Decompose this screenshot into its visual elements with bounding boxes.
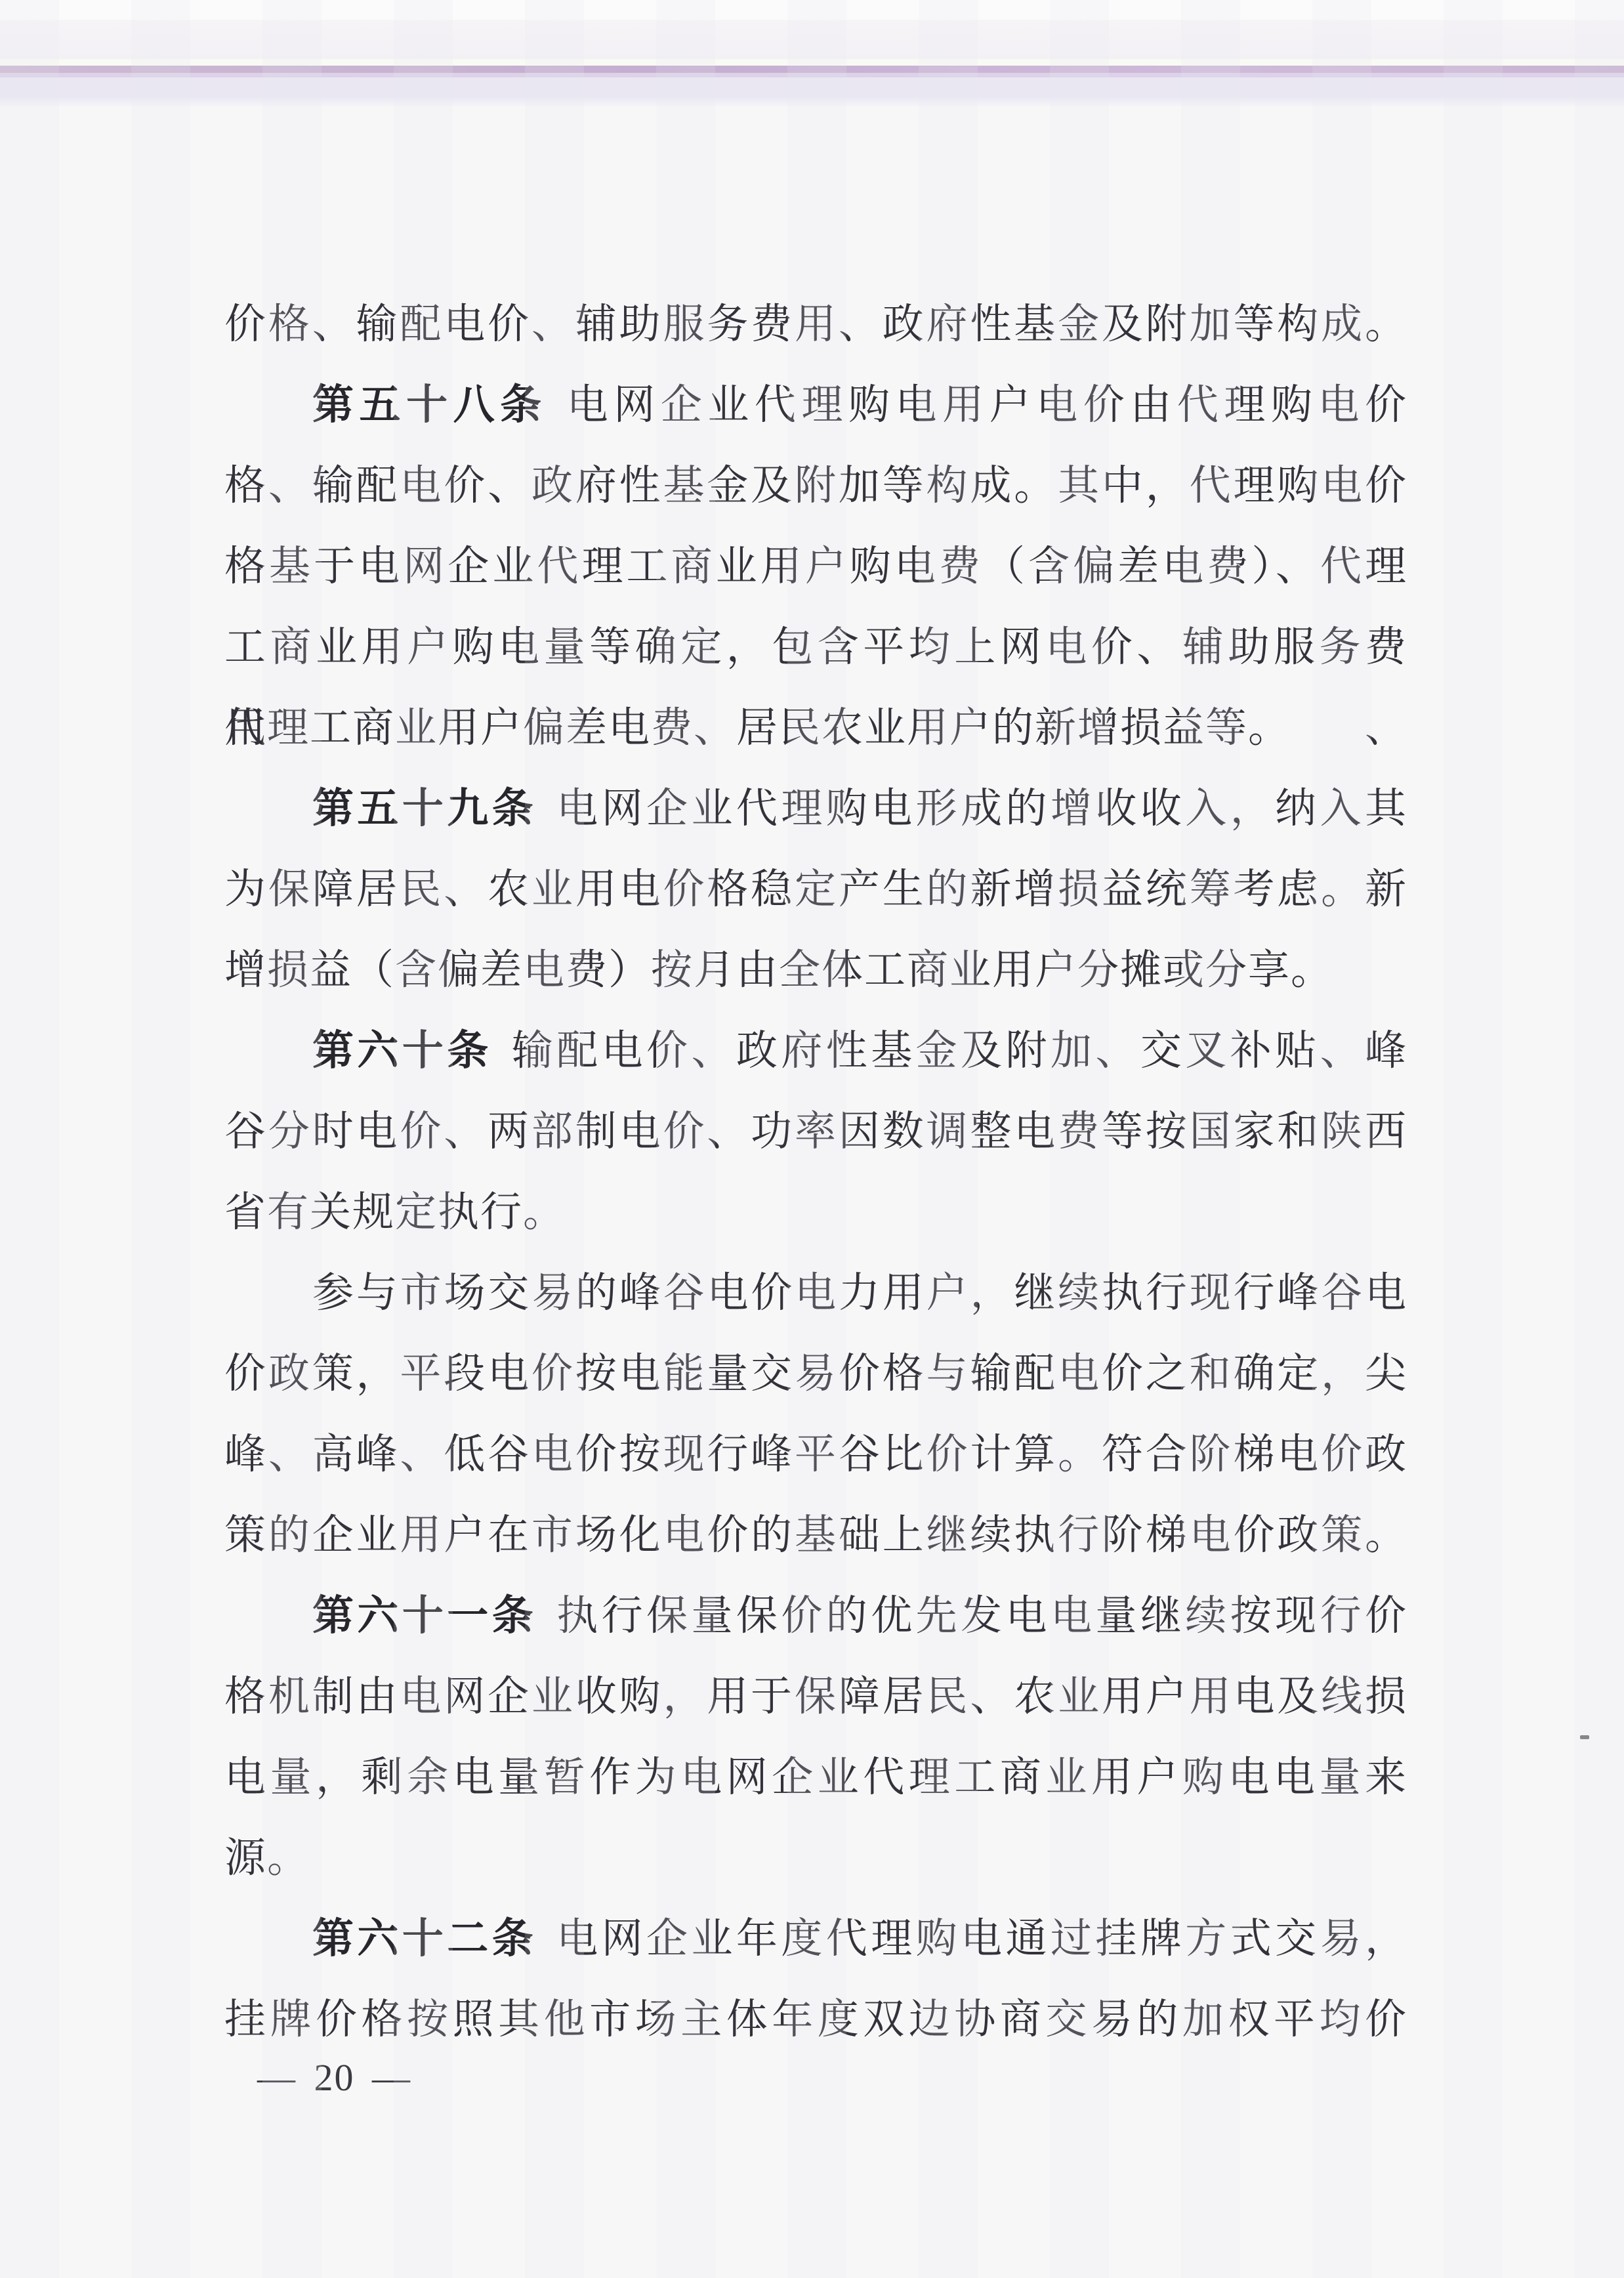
line-text: 执行保量保价的优先发电电量继续按现行价 (556, 1593, 1407, 1639)
text-line-21: 第六十二条电网企业年度代理购电通过挂牌方式交易， (224, 1899, 1407, 1979)
line-text: 输配电价、政府性基金及附加、交叉补贴、峰 (512, 1028, 1407, 1074)
line-text: 价政策，平段电价按电能量交易价格与输配电价之和确定，尖 (224, 1351, 1407, 1397)
line-text: 格机制由电网企业收购，用于保障居民、农业用户用电及线损 (224, 1674, 1407, 1719)
line-text: 增损益（含偏差电费）按月由全体工商业用户分摊或分享。 (224, 947, 1333, 993)
line-text: 电量，剩余电量暂作为电网企业代理工商业用户购电电量来 (224, 1754, 1407, 1800)
text-line-6: 代理工商业用户偏差电费、居民农业用户的新增损益等。 (224, 688, 1407, 769)
text-line-20: 源。 (224, 1818, 1407, 1899)
line-text: 策的企业用户在市场化电价的基础上继续执行阶梯电价政策。 (224, 1512, 1407, 1558)
line-text: 电网企业年度代理购电通过挂牌方式交易， (556, 1916, 1407, 1962)
text-line-22: 挂牌价格按照其他市场主体年度双边协商交易的加权平均价 (224, 1979, 1407, 2060)
scan-speck (1580, 1735, 1589, 1739)
line-text: 参与市场交易的峰谷电价电力用户，继续执行现行峰谷电 (312, 1270, 1407, 1316)
page-number: — 20 — (257, 2058, 411, 2098)
text-line-5: 工商业用户购电量等确定，包含平均上网电价、辅助服务费用、 (224, 607, 1407, 688)
line-text: 格、输配电价、政府性基金及附加等构成。其中，代理购电价 (224, 463, 1407, 509)
text-line-10: 第六十条输配电价、政府性基金及附加、交叉补贴、峰 (224, 1011, 1407, 1091)
text-line-3: 格、输配电价、政府性基金及附加等构成。其中，代理购电价 (224, 446, 1407, 526)
text-line-11: 谷分时电价、两部制电价、功率因数调整电费等按国家和陕西 (224, 1091, 1407, 1172)
scan-artifact-band-pink (0, 20, 1624, 59)
line-text: 电网企业代理购电形成的增收收入，纳入其 (556, 786, 1407, 832)
scan-artifact-band-light (0, 59, 1624, 66)
text-line-13: 参与市场交易的峰谷电价电力用户，继续执行现行峰谷电 (224, 1253, 1407, 1334)
line-text: 谷分时电价、两部制电价、功率因数调整电费等按国家和陕西 (224, 1108, 1407, 1154)
text-line-8: 为保障居民、农业用电价格稳定产生的新增损益统筹考虑。新 (224, 849, 1407, 930)
line-text: 省有关规定执行。 (224, 1189, 566, 1235)
article-heading-58: 第五十八条 (312, 382, 547, 428)
line-text: 代理工商业用户偏差电费、居民农业用户的新增损益等。 (224, 705, 1291, 751)
scan-artifact-band-fade (0, 97, 1624, 108)
body-text: 价格、输配电价、辅助服务费用、政府性基金及附加等构成。 第五十八条电网企业代理购… (224, 284, 1407, 2060)
line-text: 电网企业代理购电用户电价由代理购电价 (567, 382, 1407, 428)
scan-artifact-purple-line-2 (0, 73, 1624, 77)
text-line-16: 策的企业用户在市场化电价的基础上继续执行阶梯电价政策。 (224, 1495, 1407, 1576)
text-line-7: 第五十九条电网企业代理购电形成的增收收入，纳入其 (224, 769, 1407, 849)
article-heading-62: 第六十二条 (312, 1916, 537, 1962)
line-text: 峰、高峰、低谷电价按现行峰平谷比价计算。符合阶梯电价政 (224, 1431, 1407, 1477)
scan-artifact-band-lavender (0, 77, 1624, 97)
text-line-18: 格机制由电网企业收购，用于保障居民、农业用户用电及线损 (224, 1656, 1407, 1737)
article-heading-60: 第六十条 (312, 1028, 492, 1074)
text-line-9: 增损益（含偏差电费）按月由全体工商业用户分摊或分享。 (224, 930, 1407, 1011)
text-line-2: 第五十八条电网企业代理购电用户电价由代理购电价 (224, 365, 1407, 446)
line-text: 源。 (224, 1835, 310, 1881)
scan-artifact-purple-line (0, 66, 1624, 73)
line-text: 格基于电网企业代理工商业用户购电费（含偏差电费）、代理 (224, 543, 1407, 589)
line-text: 为保障居民、农业用电价格稳定产生的新增损益统筹考虑。新 (224, 866, 1407, 912)
text-line-4: 格基于电网企业代理工商业用户购电费（含偏差电费）、代理 (224, 526, 1407, 607)
line-text: 价格、输配电价、辅助服务费用、政府性基金及附加等构成。 (224, 301, 1407, 347)
article-heading-59: 第五十九条 (312, 786, 537, 832)
text-line-1: 价格、输配电价、辅助服务费用、政府性基金及附加等构成。 (224, 284, 1407, 365)
text-line-17: 第六十一条执行保量保价的优先发电电量继续按现行价 (224, 1576, 1407, 1656)
text-line-12: 省有关规定执行。 (224, 1172, 1407, 1253)
text-line-15: 峰、高峰、低谷电价按现行峰平谷比价计算。符合阶梯电价政 (224, 1414, 1407, 1495)
text-line-14: 价政策，平段电价按电能量交易价格与输配电价之和确定，尖 (224, 1334, 1407, 1414)
article-heading-61: 第六十一条 (312, 1593, 537, 1639)
document-page: 价格、输配电价、辅助服务费用、政府性基金及附加等构成。 第五十八条电网企业代理购… (0, 0, 1624, 2278)
scan-artifact-band-top (0, 0, 1624, 20)
text-line-19: 电量，剩余电量暂作为电网企业代理工商业用户购电电量来 (224, 1737, 1407, 1818)
line-text: 挂牌价格按照其他市场主体年度双边协商交易的加权平均价 (224, 1996, 1407, 2042)
